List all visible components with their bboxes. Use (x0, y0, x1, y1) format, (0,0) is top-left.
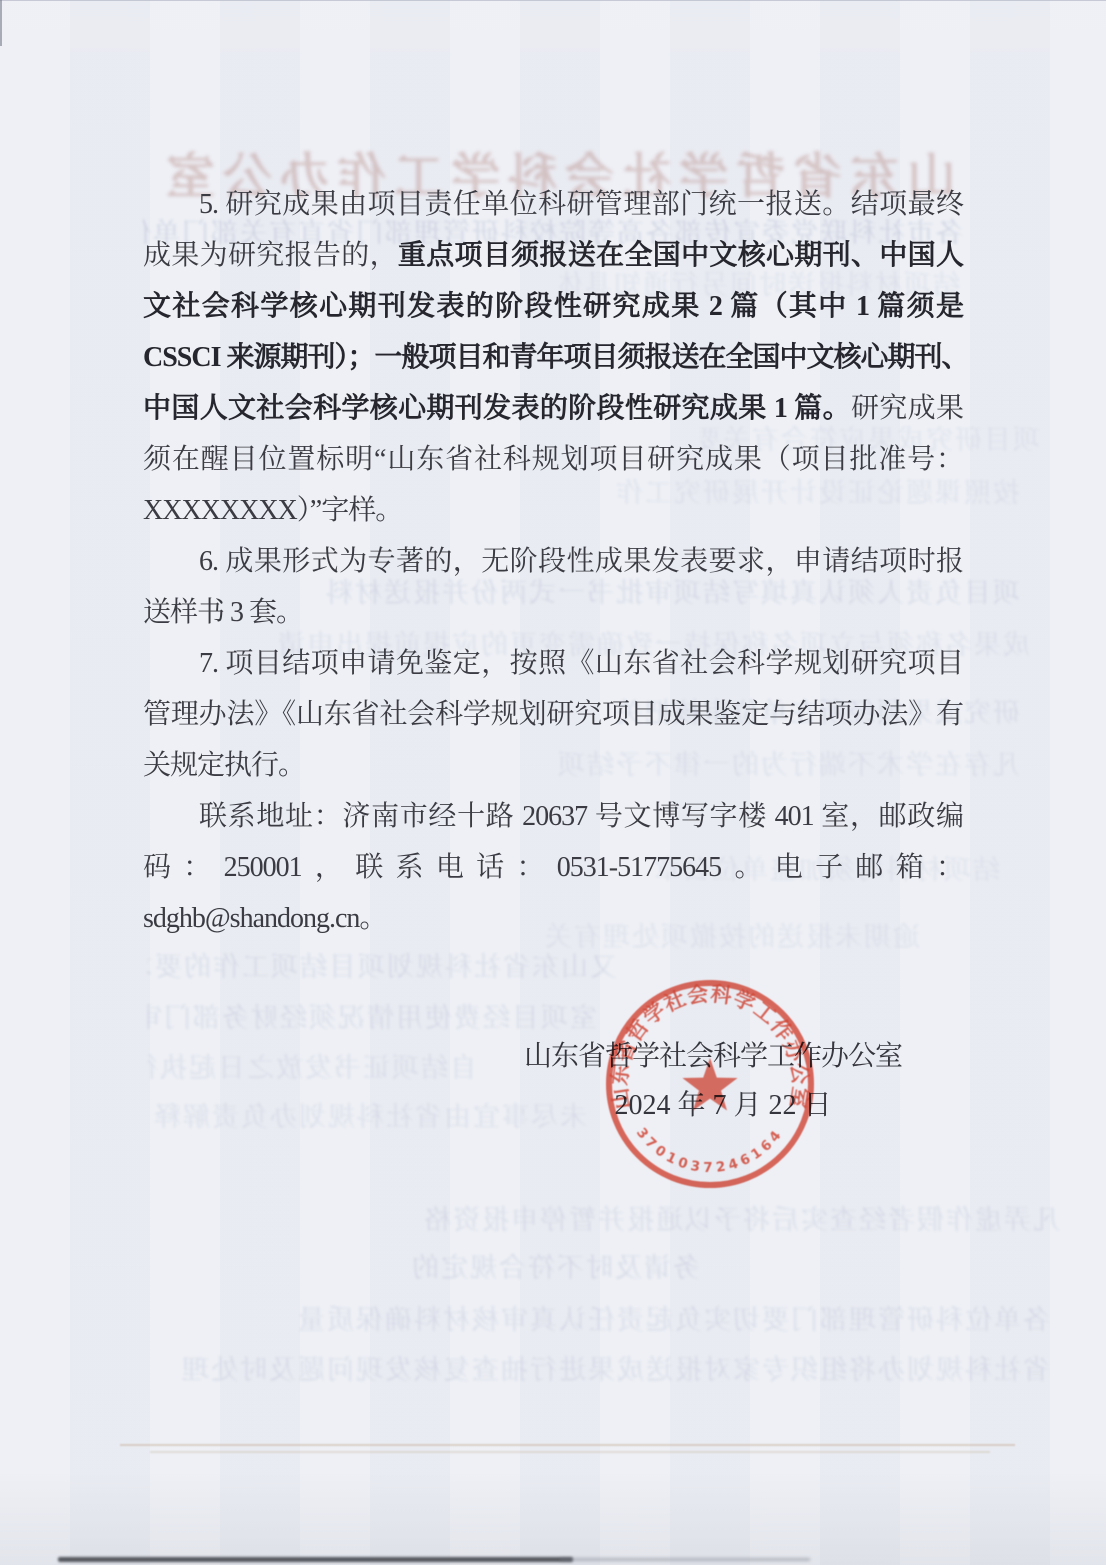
bold-text-segment: 文社会科学核心期刊发表的阶段性研究成果 2 篇（其中 1 篇须是 (143, 291, 963, 322)
text-line: 码：250001，联系电话：0531-51775645。电子邮箱： (143, 842, 963, 893)
text-segment: 须在醒目位置标明“山东省社科规划项目研究成果（项目批准号： (143, 444, 963, 475)
scan-bottom-edge-shadow-faint (560, 1558, 810, 1561)
text-segment: sdghb@shandong.cn。 (143, 903, 386, 934)
text-line: 联系地址：济南市经十路 20637 号文博写字楼 401 室，邮政编 (143, 791, 963, 842)
seal-star-icon (682, 1058, 737, 1111)
text-line: 7. 项目结项申请免鉴定，按照《山东省社会科学规划研究项目 (143, 638, 963, 689)
text-line: 中国人文社会科学核心期刊发表的阶段性研究成果 1 篇。研究成果 (143, 383, 963, 434)
official-seal: 山东省哲学社会科学工作办公室 3701037246164 (600, 974, 820, 1194)
bleedthrough-row: 各单位科研管理部门要切实负起责任认真审核材料确保质量 (170, 1305, 1050, 1335)
text-line: 5. 研究成果由项目责任单位科研管理部门统一报送。结项最终 (143, 179, 963, 230)
scanned-document-page: 山东省哲学社会科学工作办公室 各市社科联党委宣传部各高等院校科研管理部门省直有关… (0, 0, 1106, 1565)
text-line: 关规定执行。 (143, 740, 963, 791)
text-line: XXXXXXXX）”字样。 (143, 485, 963, 536)
text-segment: 管理办法》《山东省社会科学规划研究项目成果鉴定与结项办法》有 (143, 699, 963, 730)
bleedthrough-row: 室项目经费使用情况须经财务部门审核 (147, 1003, 597, 1033)
text-segment: 码：250001，联系电话：0531-51775645。电子邮箱： (143, 852, 963, 883)
text-line: sdghb@shandong.cn。 (143, 893, 963, 944)
text-line: 须在醒目位置标明“山东省社科规划项目研究成果（项目批准号： (143, 434, 963, 485)
bleedthrough-row: 凡弄虚作假者经查实后将予以通报并暂停申报资格 (420, 1205, 1060, 1235)
text-line: 成果为研究报告的，重点项目须报送在全国中文核心期刊、中国人 (143, 230, 963, 281)
text-segment: 5. 研究成果由项目责任单位科研管理部门统一报送。结项最终 (199, 189, 963, 220)
scan-left-edge (0, 0, 2, 46)
text-line: CSSCI 来源期刊）；一般项目和青年项目须报送在全国中文核心期刊、 (143, 332, 963, 383)
text-segment: 关规定执行。 (143, 750, 305, 781)
text-segment: 成果为研究报告的， (143, 240, 398, 271)
bleedthrough-row: 未尽事宜由省社科规划办负责解释 (147, 1102, 587, 1132)
scan-top-edge (0, 0, 1106, 1)
bleedthrough-row: 又山东省社科规划项目结项工作的要求 (147, 952, 617, 982)
text-segment: 联系地址：济南市经十路 20637 号文博写字楼 401 室，邮政编 (199, 801, 963, 832)
bleedthrough-row: 自结项证书发放之日起执行 (147, 1053, 477, 1083)
bold-text-segment: CSSCI 来源期刊）；一般项目和青年项目须报送在全国中文核心期刊、 (143, 342, 969, 373)
text-line: 6. 成果形式为专著的，无阶段性成果发表要求，申请结项时报 (143, 536, 963, 587)
bleedthrough-rule-line-2 (150, 1451, 990, 1453)
bold-text-segment: 重点项目须报送在全国中文核心期刊、中国人 (398, 240, 963, 271)
text-line: 文社会科学核心期刊发表的阶段性研究成果 2 篇（其中 1 篇须是 (143, 281, 963, 332)
text-segment: 送样书 3 套。 (143, 597, 303, 628)
bleedthrough-row: 务请及时不符合规定的 (300, 1253, 700, 1283)
bleedthrough-rule-line (120, 1444, 1015, 1446)
text-segment: XXXXXXXX）”字样。 (143, 495, 402, 526)
scan-bottom-edge-shadow (58, 1557, 573, 1562)
text-line: 送样书 3 套。 (143, 587, 963, 638)
text-line: 管理办法》《山东省社会科学规划研究项目成果鉴定与结项办法》有 (143, 689, 963, 740)
text-segment: 7. 项目结项申请免鉴定，按照《山东省社会科学规划研究项目 (199, 648, 963, 679)
bleedthrough-row: 省社科规划办将组织专家对报送成果进行抽查复核发现问题及时处理 (150, 1355, 1050, 1385)
text-segment: 6. 成果形式为专著的，无阶段性成果发表要求，申请结项时报 (199, 546, 963, 577)
document-body: 5. 研究成果由项目责任单位科研管理部门统一报送。结项最终成果为研究报告的，重点… (143, 179, 963, 944)
bold-text-segment: 中国人文社会科学核心期刊发表的阶段性研究成果 1 篇。 (143, 393, 851, 424)
text-segment: 研究成果 (851, 393, 963, 424)
